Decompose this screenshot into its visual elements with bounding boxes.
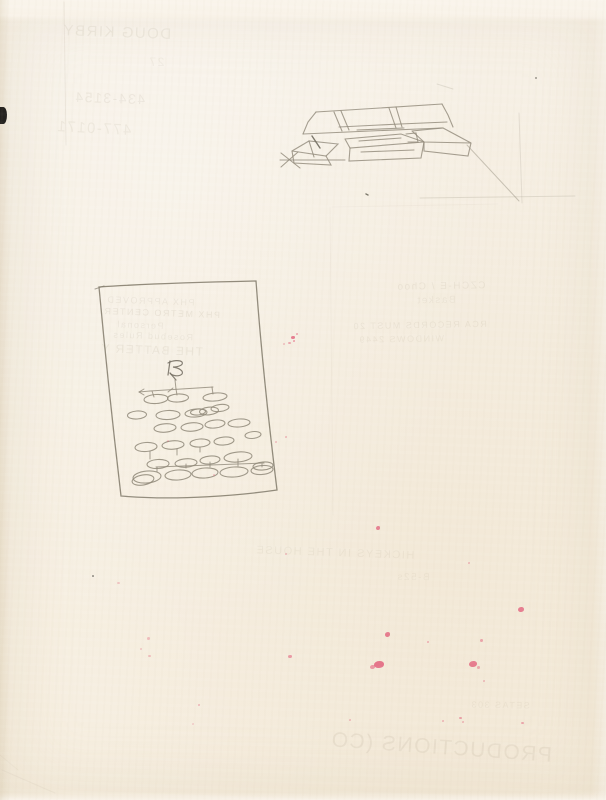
blocks-sketch-stroke — [345, 134, 424, 148]
tree-connector-line — [139, 392, 144, 395]
blocks-sketch-stroke — [309, 141, 314, 157]
blocks-sketch-stroke — [359, 138, 401, 141]
blocks-sketch-stroke — [339, 122, 447, 127]
tree-connector-line — [152, 391, 154, 397]
tree-oval-node — [165, 469, 192, 481]
tree-oval-node — [167, 393, 188, 402]
pencil-sketch-layer — [0, 0, 606, 800]
bleedthrough-pencil-line — [64, 2, 66, 145]
blocks-sketch-faint-stroke — [437, 84, 453, 89]
blocks-sketch-stroke — [316, 104, 442, 112]
bleedthrough-pencil-line — [0, 755, 18, 770]
bleedthrough-pencil-line — [332, 204, 498, 207]
tree-oval-node — [220, 466, 249, 478]
tree-oval-node — [156, 410, 180, 420]
blocks-sketch-dark-stroke — [366, 194, 368, 195]
blocks-sketch-stroke — [361, 150, 414, 152]
tree-oval-node — [162, 440, 185, 450]
tree-oval-node — [192, 467, 219, 479]
blocks-sketch-faint-stroke — [467, 145, 519, 201]
tree-oval-node — [214, 436, 235, 446]
blocks-sketch-faint-stroke — [420, 196, 575, 198]
tree-oval-node — [181, 422, 204, 432]
tree-oval-node — [144, 394, 169, 405]
tree-connector-line — [150, 387, 213, 391]
scanned-sketchbook-page: DOUG KIRBY27434-3154477-0171PHX APPROVED… — [0, 0, 606, 800]
tree-oval-node — [203, 392, 228, 402]
tree-oval-node — [147, 459, 169, 469]
blocks-sketch-stroke — [442, 104, 453, 127]
tree-oval-node — [245, 431, 262, 439]
blocks-sketch-stroke — [334, 112, 342, 131]
tree-connector-line — [175, 380, 176, 389]
bleedthrough-pencil-line — [330, 207, 333, 515]
blocks-sketch-stroke — [424, 142, 471, 156]
tree-oval-node — [228, 418, 251, 428]
blocks-sketch-stroke — [292, 141, 338, 156]
tree-oval-node — [127, 410, 147, 419]
tree-oval-node — [135, 442, 158, 453]
tree-oval-node — [190, 438, 211, 447]
blocks-sketch-faint-stroke — [519, 113, 522, 203]
blocks-sketch-stroke — [303, 112, 316, 134]
tree-root-scribble — [170, 373, 176, 380]
tree-oval-node — [211, 403, 230, 412]
bleedthrough-pencil-line — [2, 770, 55, 793]
tree-oval-node — [205, 419, 226, 429]
tree-oval-node — [154, 423, 177, 433]
blocks-sketch-stroke — [292, 151, 331, 165]
